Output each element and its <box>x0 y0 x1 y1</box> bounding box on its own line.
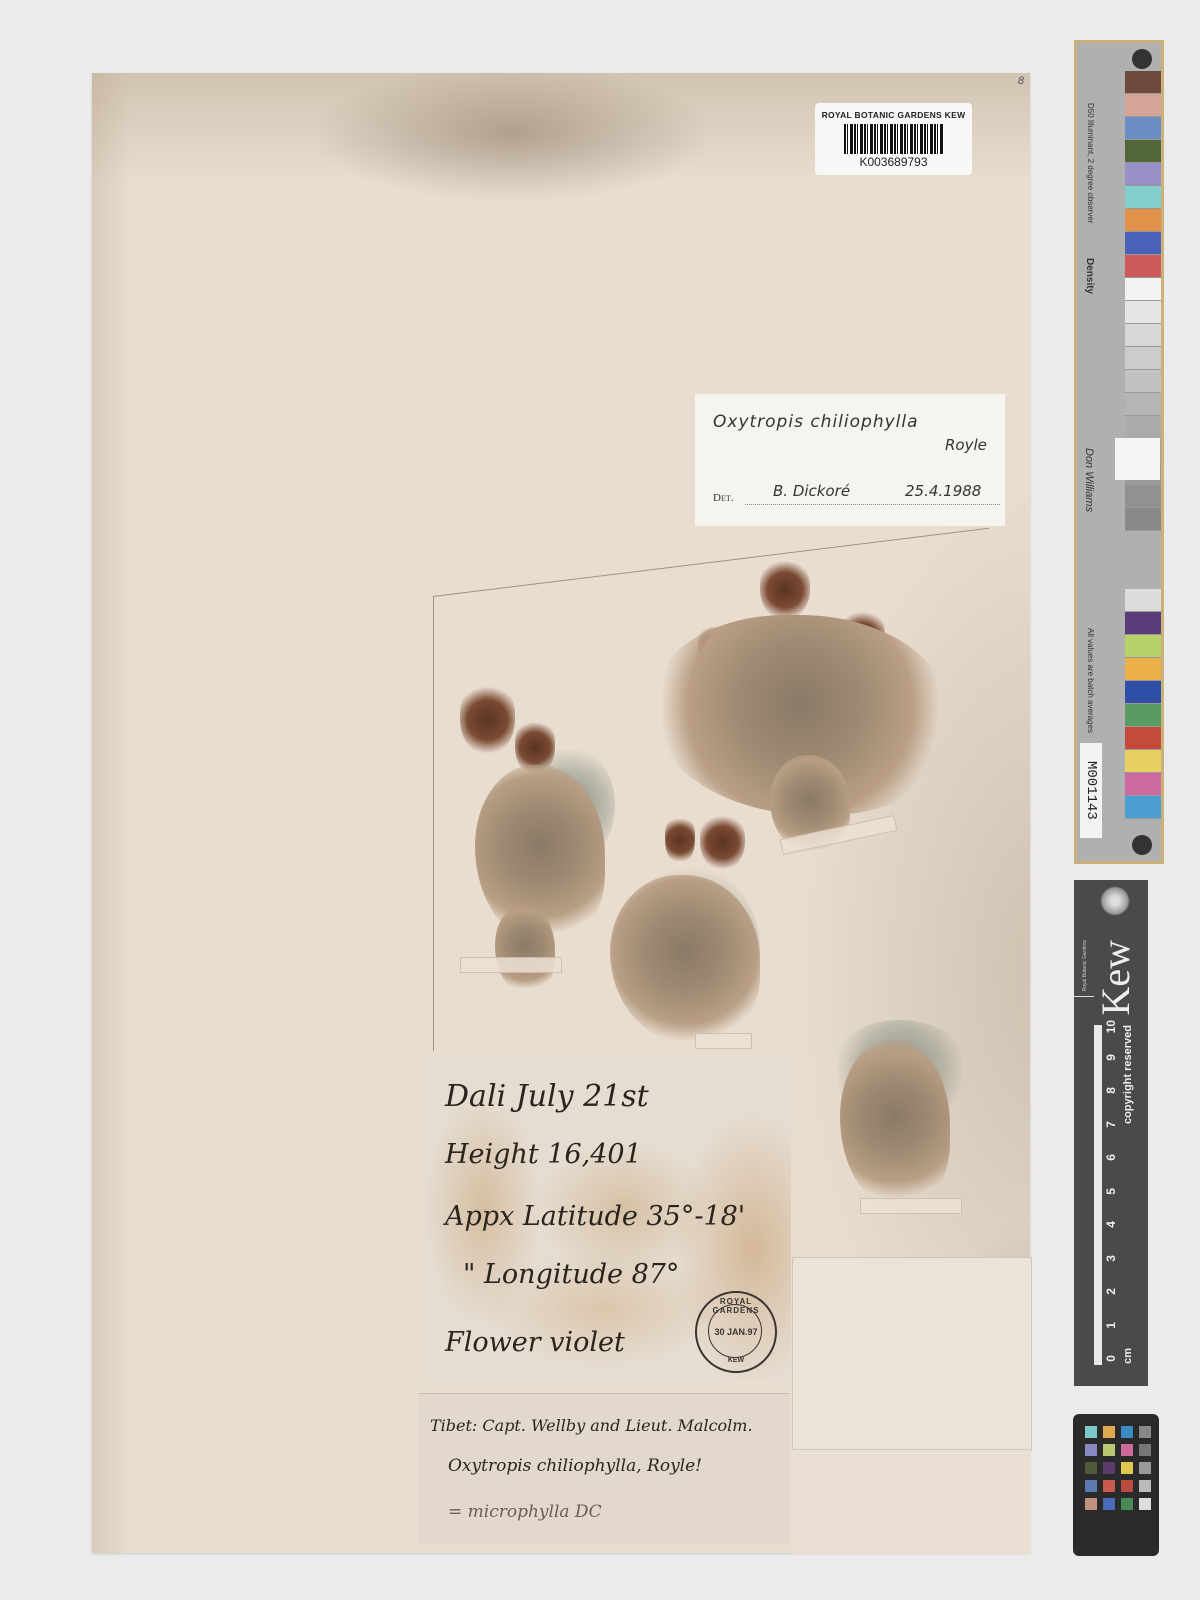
checker-cell <box>1139 1462 1151 1474</box>
color-checker-card <box>1073 1414 1159 1556</box>
ruler-tick <box>1074 1298 1094 1333</box>
illuminant-text: D50 Illuminant, 2 degree observer <box>1079 103 1095 224</box>
checker-cell <box>1085 1462 1097 1474</box>
checker-cell <box>1139 1444 1151 1456</box>
ruler-tick <box>1074 1130 1094 1165</box>
color-patch <box>1125 278 1161 301</box>
barcode-label: ROYAL BOTANIC GARDENS KEW K003689793 <box>815 103 972 175</box>
collector-synonym: = microphylla DC <box>448 1502 602 1522</box>
registration-dot-icon <box>1132 835 1152 855</box>
fragment-packet-flap <box>792 1449 1030 1554</box>
checker-cell <box>1139 1426 1151 1438</box>
color-calibration-bar: Inches D50 Illuminant, 2 degree observer… <box>1074 40 1164 864</box>
ruler-number: 0 <box>1104 1355 1120 1362</box>
mounting-outline <box>433 596 434 1051</box>
ruler-number: 9 <box>1104 1054 1120 1061</box>
ruler-tick <box>1074 996 1094 1031</box>
checker-cell <box>1103 1480 1115 1492</box>
color-patch <box>1125 704 1161 727</box>
checker-cell <box>1139 1498 1151 1510</box>
ruler-tick <box>1074 1097 1094 1132</box>
color-patch <box>1125 773 1161 796</box>
chart-id-code: M001143 <box>1080 743 1102 838</box>
color-patch <box>1125 255 1161 278</box>
collector-line: Tibet: Capt. Wellby and Lieut. Malcolm. <box>430 1416 753 1435</box>
color-patch <box>1125 589 1161 612</box>
color-patch <box>1125 727 1161 750</box>
ruler-tick <box>1074 1197 1094 1232</box>
checker-cell <box>1085 1426 1097 1438</box>
checker-cell <box>1103 1426 1115 1438</box>
ruler-number: 6 <box>1104 1154 1120 1161</box>
color-patch <box>1125 635 1161 658</box>
taxon-author: Royle <box>945 436 987 454</box>
institution-name: ROYAL BOTANIC GARDENS KEW <box>815 110 972 120</box>
color-patch <box>1125 658 1161 681</box>
checker-cell <box>1121 1426 1133 1438</box>
color-patch <box>1125 71 1161 94</box>
ruler-number: 3 <box>1104 1255 1120 1262</box>
color-patch <box>1125 209 1161 232</box>
checker-cell <box>1085 1444 1097 1456</box>
ruler-tick <box>1074 1331 1094 1366</box>
ruler-number: 5 <box>1104 1188 1120 1195</box>
checker-cell <box>1103 1444 1115 1456</box>
color-patch <box>1125 370 1161 393</box>
ruler-number: 2 <box>1104 1288 1120 1295</box>
color-patch <box>1125 347 1161 370</box>
ruler-number: 1 <box>1104 1322 1120 1329</box>
color-patch <box>1125 163 1161 186</box>
collector-label: Tibet: Capt. Wellby and Lieut. Malcolm. … <box>418 1393 790 1544</box>
ruler-tick <box>1074 1063 1094 1098</box>
collector-taxon: Oxytropis chiliophylla, Royle! <box>448 1456 702 1476</box>
density-label: Density <box>1079 258 1095 294</box>
ruler-tick <box>1074 1030 1094 1065</box>
det-dotted-line <box>745 504 1000 505</box>
plant-specimen-left <box>455 685 625 1005</box>
field-latitude: Appx Latitude 35°-18' <box>445 1201 745 1232</box>
color-patch <box>1125 186 1161 209</box>
determiner-name: B. Dickoré <box>773 482 850 500</box>
royal-gardens-stamp: ROYAL GARDENS 30 JAN.97 KEW <box>695 1291 777 1373</box>
color-patch <box>1125 117 1161 140</box>
color-patch <box>1125 94 1161 117</box>
checker-cell <box>1103 1462 1115 1474</box>
color-patch <box>1125 681 1161 704</box>
color-patch <box>1125 416 1161 439</box>
field-height: Height 16,401 <box>445 1139 642 1170</box>
ruler-number: 10 <box>1104 1020 1120 1033</box>
brand-text: Don Williams <box>1079 448 1095 512</box>
field-longitude: " Longitude 87° <box>463 1259 679 1290</box>
kew-logo: Kew <box>1092 940 1139 1016</box>
field-collection-label: Dali July 21st Height 16,401 Appx Latitu… <box>423 1059 791 1381</box>
taxon-name: Oxytropis chiliophylla <box>713 412 919 432</box>
color-patch <box>1125 485 1161 508</box>
field-locality-date: Dali July 21st <box>445 1079 649 1114</box>
barcode-icon <box>844 124 944 154</box>
checker-cell <box>1085 1498 1097 1510</box>
ruler-number: 4 <box>1104 1221 1120 1228</box>
determination-date: 25.4.1988 <box>905 482 981 500</box>
det-prefix: Det. <box>713 492 733 504</box>
checker-cell <box>1121 1462 1133 1474</box>
checker-cell <box>1121 1498 1133 1510</box>
barcode-number: K003689793 <box>815 155 972 169</box>
color-patch <box>1125 612 1161 635</box>
checker-cell <box>1103 1498 1115 1510</box>
plant-specimen-center <box>610 815 770 1055</box>
fragment-packet <box>792 1257 1032 1451</box>
determination-label: Oxytropis chiliophylla Royle Det. B. Dic… <box>695 394 1005 526</box>
plant-specimen-small-right <box>810 1020 970 1230</box>
field-flower-color: Flower violet <box>445 1327 625 1358</box>
checker-cell <box>1121 1480 1133 1492</box>
ruler-number: 8 <box>1104 1087 1120 1094</box>
copyright-text: copyright reserved <box>1122 1025 1134 1124</box>
cm-unit-label: cm <box>1122 1348 1134 1364</box>
corner-mark: 8 <box>1018 75 1024 87</box>
kew-scale-bar: Kew Royal Botanic Gardens 012345678910 c… <box>1074 880 1148 1386</box>
color-patch <box>1125 796 1161 819</box>
batch-note: All values are batch averages <box>1079 628 1095 733</box>
ruler-tick <box>1074 1164 1094 1199</box>
color-patch <box>1125 750 1161 773</box>
cm-ruler: 012345678910 <box>1074 1025 1102 1365</box>
color-patch <box>1125 140 1161 163</box>
checker-cell <box>1121 1444 1133 1456</box>
color-patch <box>1125 393 1161 416</box>
color-patch <box>1125 508 1161 531</box>
checker-cell <box>1139 1480 1151 1492</box>
kew-crest-icon <box>1100 886 1130 916</box>
checker-cell <box>1085 1480 1097 1492</box>
color-patch <box>1125 232 1161 255</box>
color-patch <box>1125 324 1161 347</box>
gray-target <box>1115 438 1160 480</box>
color-checker-grid <box>1085 1426 1151 1510</box>
ruler-tick <box>1074 1231 1094 1266</box>
registration-dot-icon <box>1132 49 1152 69</box>
kew-subtitle: Royal Botanic Gardens <box>1082 940 1088 991</box>
color-patch <box>1125 301 1161 324</box>
stamp-date: 30 JAN.97 <box>697 1327 775 1337</box>
ruler-number: 7 <box>1104 1121 1120 1128</box>
ruler-tick <box>1074 1264 1094 1299</box>
